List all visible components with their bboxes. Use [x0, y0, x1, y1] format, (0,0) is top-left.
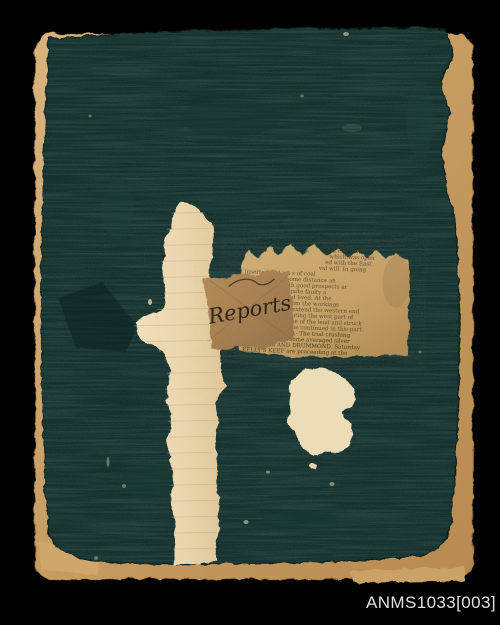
catalog-number-label: ANMS1033[003] [366, 593, 500, 613]
reports-label: Reports [202, 269, 295, 350]
notebook-photo: at an ex a few which was open ed with th… [0, 0, 500, 625]
photo-stage: at an ex a few which was open ed with th… [0, 0, 500, 625]
